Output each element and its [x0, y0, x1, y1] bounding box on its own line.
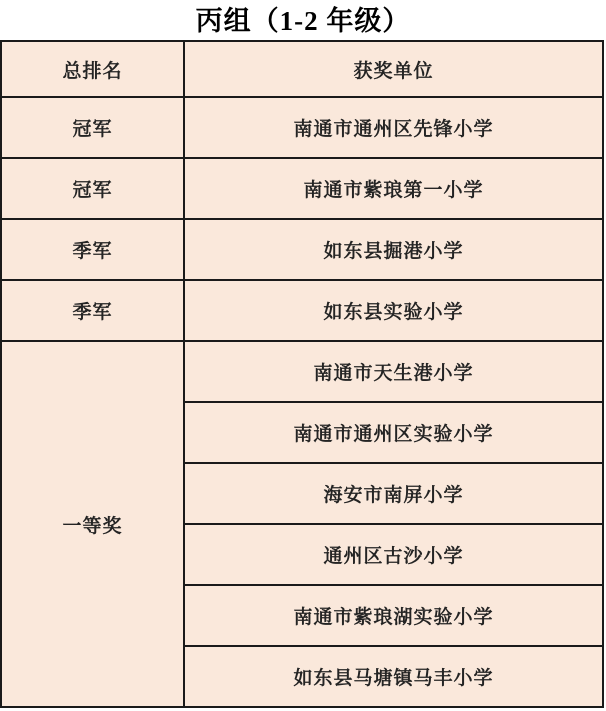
- school-cell: 如东县马塘镇马丰小学: [184, 646, 603, 707]
- page-title: 丙组（1-2 年级）: [0, 0, 606, 40]
- award-results-table: 总排名 获奖单位 冠军 南通市通州区先锋小学 冠军 南通市紫琅第一小学 季军 如…: [0, 40, 604, 708]
- rank-cell: 季军: [1, 219, 184, 280]
- school-cell: 南通市天生港小学: [184, 341, 603, 402]
- table-header-row: 总排名 获奖单位: [1, 41, 603, 97]
- table-row: 季军 如东县掘港小学: [1, 219, 603, 280]
- table-row: 冠军 南通市通州区先锋小学: [1, 97, 603, 158]
- table-row: 一等奖 南通市天生港小学: [1, 341, 603, 402]
- school-cell: 南通市紫琅第一小学: [184, 158, 603, 219]
- school-cell: 海安市南屏小学: [184, 463, 603, 524]
- rank-cell: 冠军: [1, 158, 184, 219]
- rank-cell: 季军: [1, 280, 184, 341]
- school-cell: 如东县掘港小学: [184, 219, 603, 280]
- table-row: 冠军 南通市紫琅第一小学: [1, 158, 603, 219]
- header-rank: 总排名: [1, 41, 184, 97]
- school-cell: 南通市通州区先锋小学: [184, 97, 603, 158]
- rank-cell-merged: 一等奖: [1, 341, 184, 707]
- rank-cell: 冠军: [1, 97, 184, 158]
- school-cell: 南通市紫琅湖实验小学: [184, 585, 603, 646]
- school-cell: 如东县实验小学: [184, 280, 603, 341]
- page: 丙组（1-2 年级） 总排名 获奖单位 冠军 南通市通州区先锋小学 冠军 南通市…: [0, 0, 606, 711]
- header-award-unit: 获奖单位: [184, 41, 603, 97]
- school-cell: 通州区古沙小学: [184, 524, 603, 585]
- table-row: 季军 如东县实验小学: [1, 280, 603, 341]
- school-cell: 南通市通州区实验小学: [184, 402, 603, 463]
